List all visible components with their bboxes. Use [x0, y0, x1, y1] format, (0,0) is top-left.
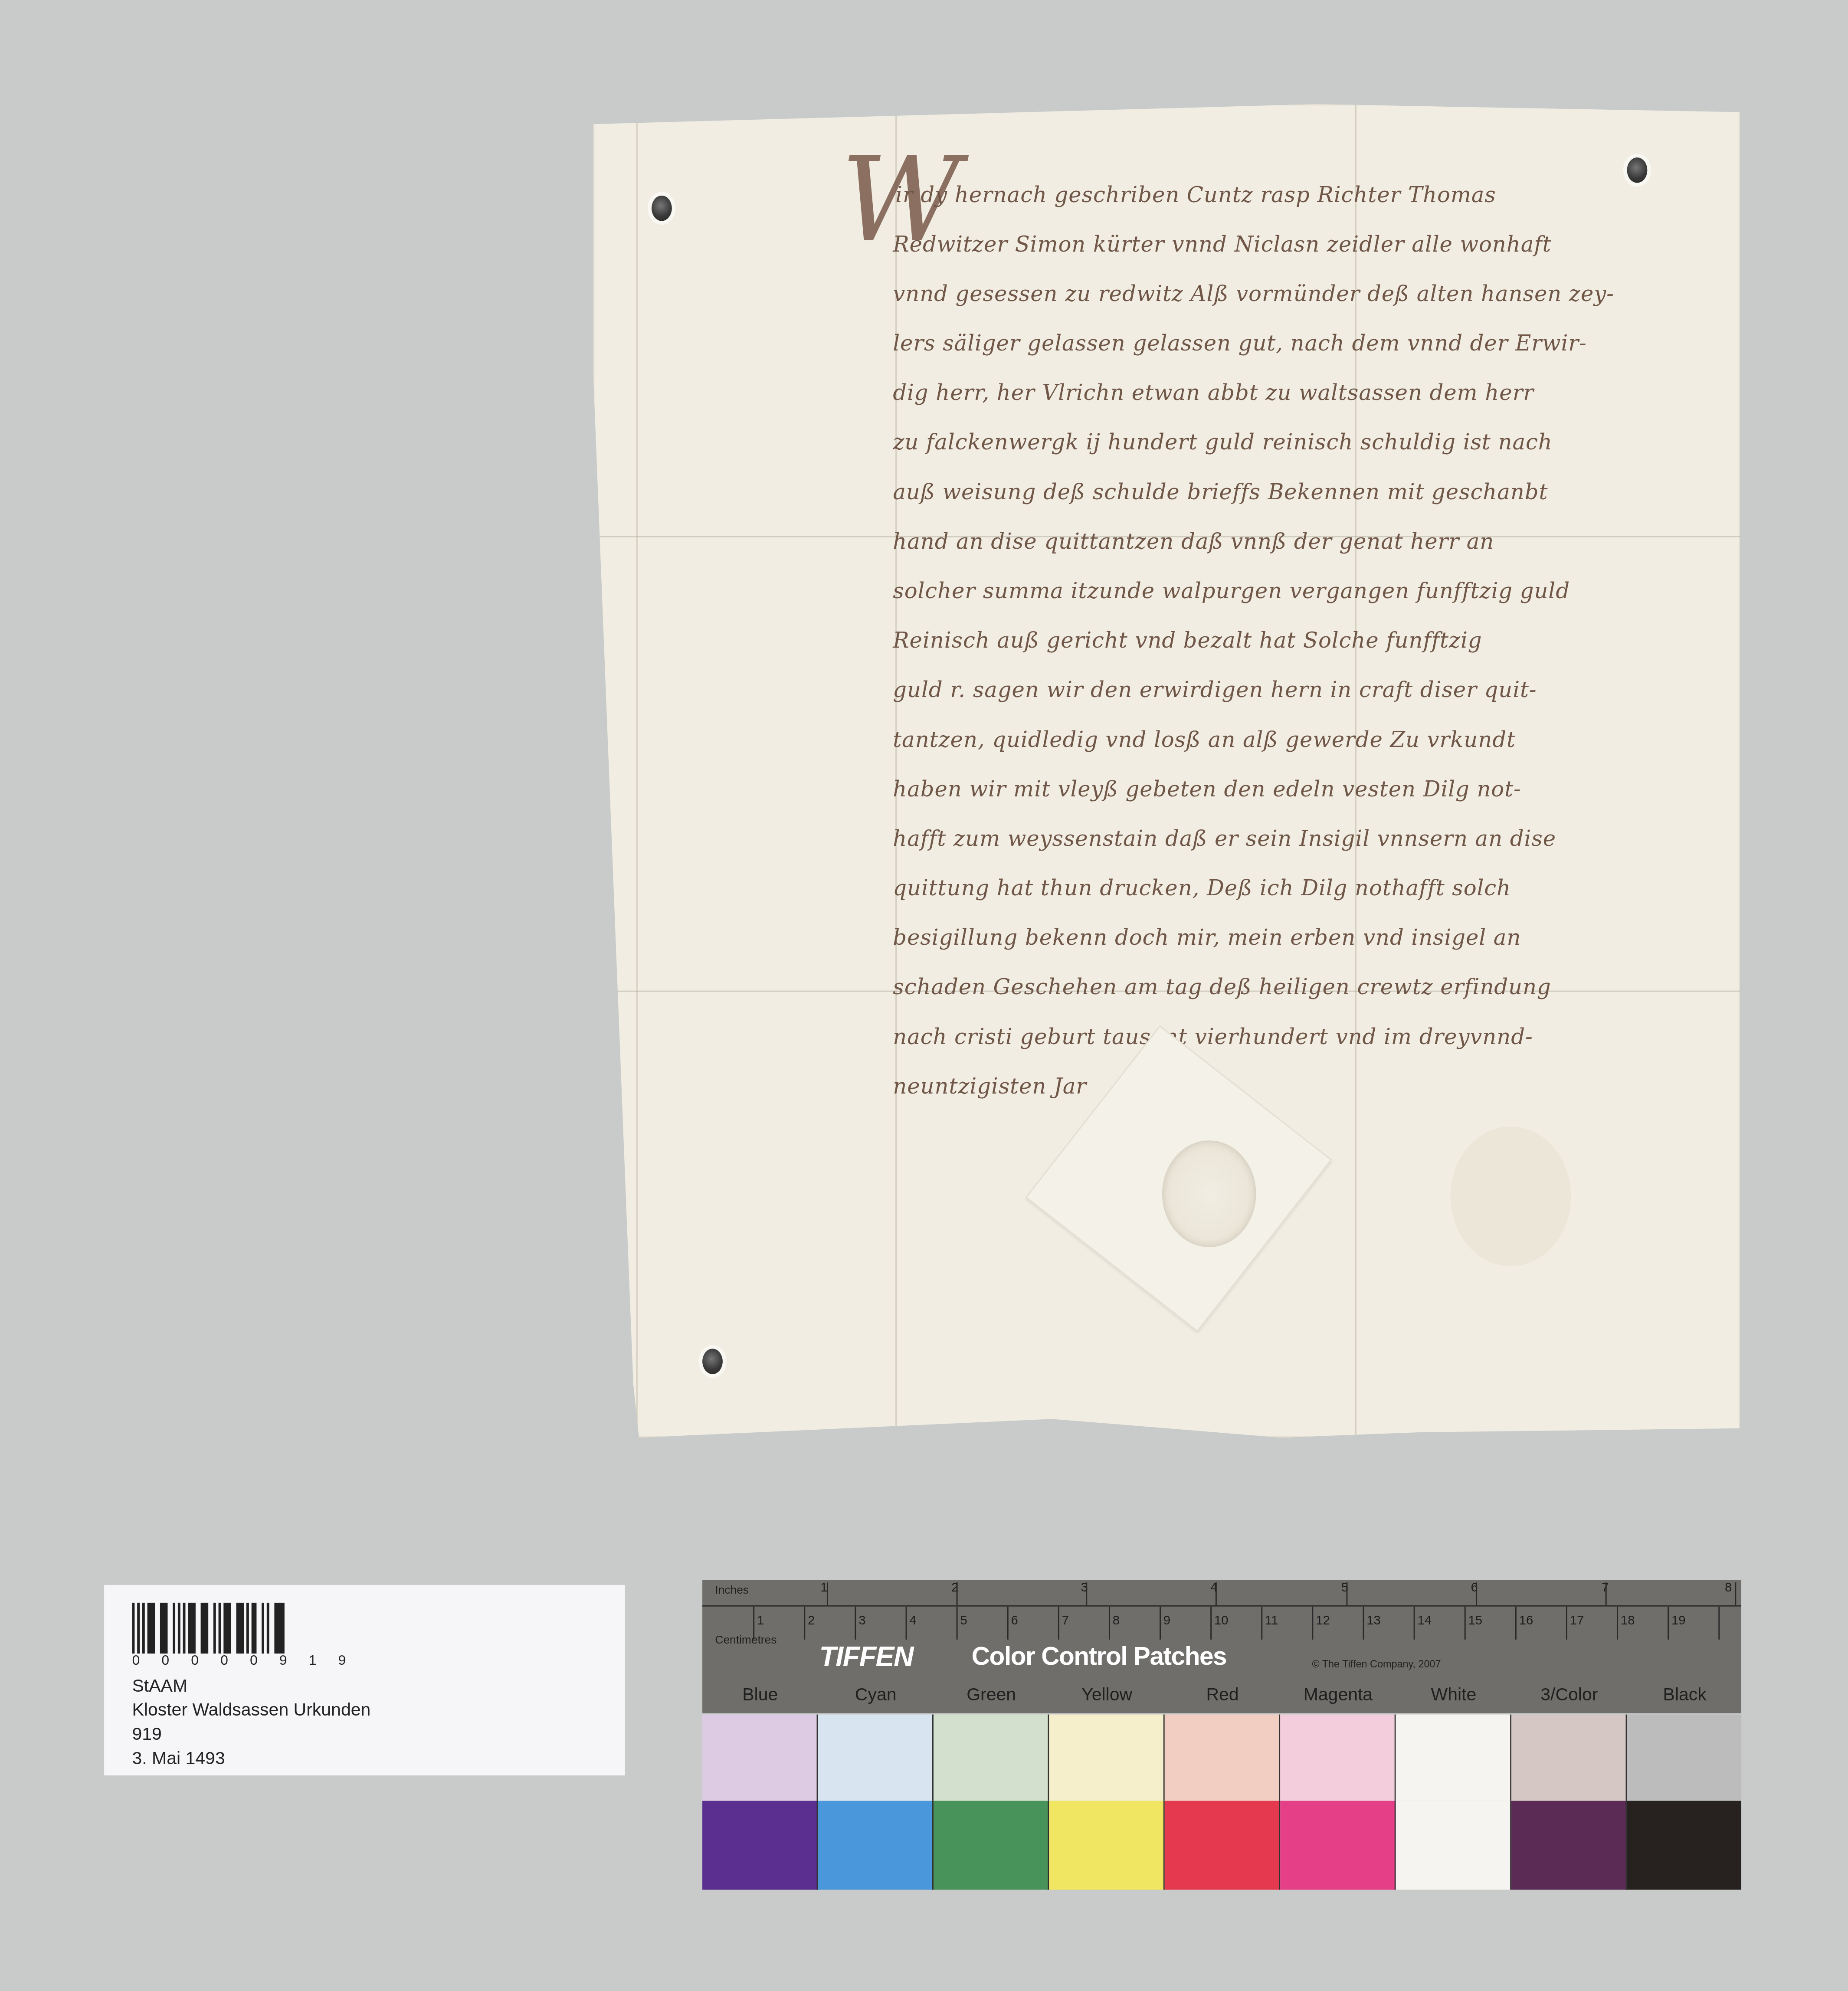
patch-magenta-dark — [1280, 1801, 1396, 1890]
cm-ruler: 1 2 3 4 5 6 7 8 9 10 11 12 13 14 15 16 1… — [702, 1607, 1741, 1642]
archive-name: StAAM — [132, 1677, 187, 1694]
patch-3color-light — [1511, 1715, 1627, 1801]
catalog-label: 0 0 0 0 0 9 1 9 StAAM Kloster Waldsassen… — [104, 1585, 625, 1775]
punch-hole — [652, 196, 672, 221]
collection-name: Kloster Waldsassen Urkunden — [132, 1700, 370, 1718]
patch-label-blue: Blue — [702, 1684, 818, 1704]
patch-black-dark — [1627, 1801, 1742, 1890]
patch-cyan-dark — [818, 1801, 934, 1890]
patch-red-dark — [1165, 1801, 1280, 1890]
chart-header: Inches 1 2 3 4 5 6 7 8 1 2 — [702, 1580, 1741, 1713]
patch-label-yellow: Yellow — [1049, 1684, 1164, 1704]
chart-title: Color Control Patches — [972, 1644, 1226, 1673]
text-line: guld r. sagen wir den erwirdigen hern in… — [893, 678, 1537, 704]
punch-hole — [1627, 157, 1648, 183]
text-line: quittung hat thun drucken, Deß ich Dilg … — [893, 876, 1511, 902]
text-line: Reinisch auß gericht vnd bezalt hat Solc… — [893, 629, 1482, 654]
fold-line — [636, 104, 638, 1438]
text-line: lers säliger gelassen gelassen gut, nach… — [893, 331, 1586, 357]
document-date: 3. Mai 1493 — [132, 1749, 225, 1767]
text-line: auß weisung deß schulde brieffs Bekennen… — [893, 480, 1548, 506]
centimetres-label: Centimetres — [715, 1633, 777, 1646]
inch-ruler: Inches 1 2 3 4 5 6 7 8 — [702, 1580, 1741, 1606]
text-line: Redwitzer Simon kürter vnnd Niclasn zeid… — [893, 233, 1551, 258]
text-line: besigillung bekenn doch mir, mein erben … — [893, 926, 1521, 951]
patch-yellow-light — [1049, 1715, 1164, 1801]
text-line: zu falckenwergk ij hundert guld reinisch… — [893, 431, 1552, 456]
wax-seal — [1162, 1140, 1256, 1247]
patch-red-light — [1165, 1715, 1280, 1801]
copyright-text: © The Tiffen Company, 2007 — [1312, 1659, 1441, 1670]
patch-label-red: Red — [1165, 1684, 1280, 1704]
patch-white-light — [1396, 1715, 1511, 1801]
text-line: nach cristi geburt tausent vierhundert v… — [893, 1025, 1533, 1051]
patch-blue-dark — [702, 1801, 818, 1890]
barcode-number: 0 0 0 0 0 9 1 9 — [132, 1654, 354, 1669]
light-patches — [702, 1715, 1741, 1801]
patch-label-magenta: Magenta — [1280, 1684, 1396, 1704]
scan-stage: W ir dy hernach geschriben Cuntz rasp Ri… — [0, 0, 1848, 1991]
punch-hole — [702, 1349, 723, 1374]
patch-blue-light — [702, 1715, 818, 1801]
document-number: 919 — [132, 1725, 161, 1742]
patch-green-dark — [934, 1801, 1049, 1890]
patch-magenta-light — [1280, 1715, 1396, 1801]
text-line: hafft zum weyssenstain daß er sein Insig… — [893, 827, 1556, 852]
dark-patches — [702, 1801, 1741, 1890]
text-line: tantzen, quidledig vnd losß an alß gewer… — [893, 728, 1516, 753]
patch-label-cyan: Cyan — [818, 1684, 934, 1704]
text-line: hand an dise quittantzen daß vnnß der ge… — [893, 530, 1494, 555]
text-line: neuntzigisten Jar — [893, 1074, 1087, 1100]
patch-cyan-light — [818, 1715, 934, 1801]
patch-label-3color: 3/Color — [1511, 1684, 1627, 1704]
text-line: dig herr, her Vlrichn etwan abbt zu walt… — [893, 381, 1534, 406]
text-line: solcher summa itzunde walpurgen vergange… — [893, 579, 1570, 605]
patch-green-light — [934, 1715, 1049, 1801]
patch-label-black: Black — [1627, 1684, 1743, 1704]
text-line: haben wir mit vleyß gebeten den edeln ve… — [893, 777, 1521, 803]
patch-3color-dark — [1511, 1801, 1627, 1890]
barcode — [132, 1603, 287, 1654]
text-line: vnnd gesessen zu redwitz Alß vormünder d… — [893, 282, 1614, 308]
seal-shadow — [1451, 1126, 1571, 1266]
patch-label-white: White — [1396, 1684, 1511, 1704]
patch-white-dark — [1396, 1801, 1511, 1890]
manuscript-document: W ir dy hernach geschriben Cuntz rasp Ri… — [593, 104, 1740, 1438]
tiffen-logo: TIFFEN — [819, 1641, 913, 1674]
text-line: ir dy hernach geschriben Cuntz rasp Rich… — [895, 183, 1496, 209]
patch-yellow-dark — [1049, 1801, 1164, 1890]
patch-names: Blue Cyan Green Yellow Red Magenta White… — [702, 1684, 1741, 1712]
color-control-chart: Inches 1 2 3 4 5 6 7 8 1 2 — [702, 1580, 1741, 1891]
patch-black-light — [1627, 1715, 1742, 1801]
inches-label: Inches — [715, 1584, 749, 1596]
text-line: schaden Geschehen am tag deß heiligen cr… — [893, 976, 1551, 1001]
patch-label-green: Green — [934, 1684, 1049, 1704]
